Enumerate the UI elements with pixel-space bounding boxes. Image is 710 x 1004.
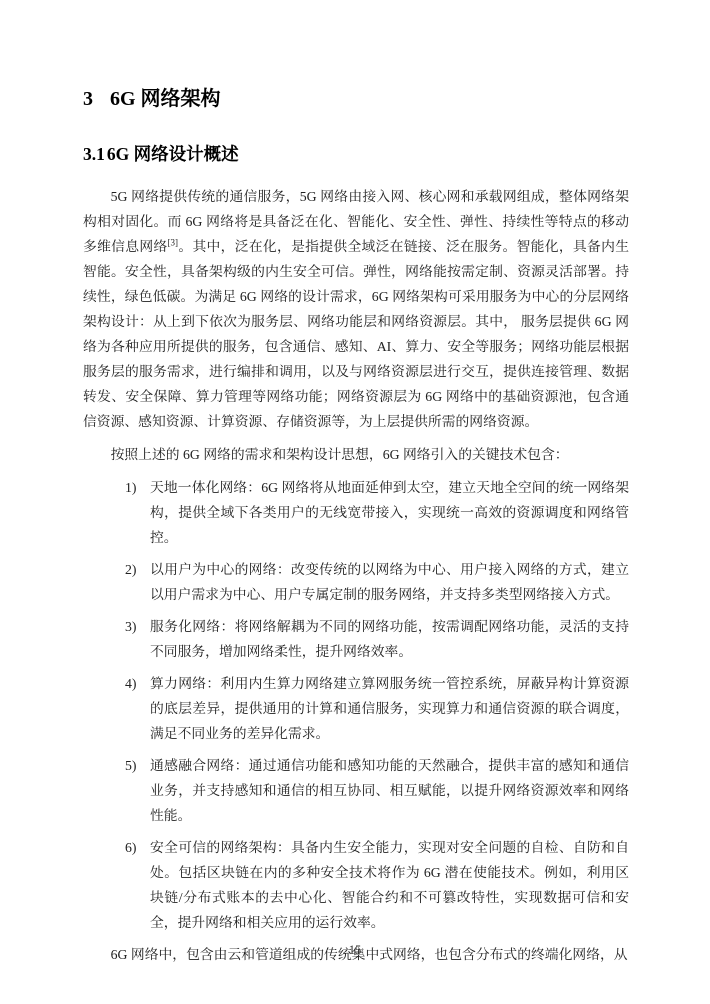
paragraph-list-intro: 按照上述的 6G 网络的需求和架构设计思想，6G 网络引入的关键技术包含： (83, 442, 629, 467)
paragraph-text: 。其中，泛在化，是指提供全域泛在链接、泛在服务。智能化，具备内生智能。安全性，具… (83, 239, 629, 429)
document-page: 36G 网络架构 3.16G 网络设计概述 5G 网络提供传统的通信服务，5G … (0, 0, 710, 1004)
list-item-number: 1) (125, 475, 137, 500)
list-item-number: 4) (125, 671, 137, 696)
key-technology-list: 1) 天地一体化网络：6G 网络将从地面延伸到太空，建立天地全空间的统一网络架构… (83, 475, 629, 935)
page-number: 15 (0, 943, 710, 958)
list-item-text: 通感融合网络：通过通信功能和感知功能的天然融合，提供丰富的感知和通信业务，并支持… (150, 758, 629, 823)
section-number: 3 (83, 88, 93, 110)
list-item: 2) 以用户为中心的网络：改变传统的以网络为中心、用户接入网络的方式，建立以用户… (83, 557, 629, 607)
list-item: 4) 算力网络：利用内生算力网络建立算网服务统一管控系统，屏蔽异构计算资源的底层… (83, 671, 629, 746)
list-item-text: 天地一体化网络：6G 网络将从地面延伸到太空，建立天地全空间的统一网络架构，提供… (150, 480, 629, 545)
subsection-heading: 3.16G 网络设计概述 (83, 142, 629, 166)
subsection-number: 3.1 (83, 144, 105, 164)
list-item: 1) 天地一体化网络：6G 网络将从地面延伸到太空，建立天地全空间的统一网络架构… (83, 475, 629, 550)
list-item-number: 6) (125, 835, 137, 860)
body-text: 5G 网络提供传统的通信服务，5G 网络由接入网、核心网和承载网组成，整体网络架… (83, 184, 629, 967)
list-item-text: 算力网络：利用内生算力网络建立算网服务统一管控系统，屏蔽异构计算资源的底层差异，… (150, 676, 629, 741)
section-heading: 36G 网络架构 (83, 86, 629, 112)
list-item: 3) 服务化网络：将网络解耦为不同的网络功能，按需调配网络功能，灵活的支持不同服… (83, 614, 629, 664)
list-item-number: 3) (125, 614, 137, 639)
list-item-text: 以用户为中心的网络：改变传统的以网络为中心、用户接入网络的方式，建立以用户需求为… (150, 562, 629, 602)
subsection-title: 6G 网络设计概述 (107, 144, 239, 164)
footnote-reference: [3] (168, 237, 179, 247)
section-title: 6G 网络架构 (110, 88, 221, 110)
paragraph-overview: 5G 网络提供传统的通信服务，5G 网络由接入网、核心网和承载网组成，整体网络架… (83, 184, 629, 434)
list-item: 5) 通感融合网络：通过通信功能和感知功能的天然融合，提供丰富的感知和通信业务，… (83, 753, 629, 828)
list-item-text: 安全可信的网络架构：具备内生安全能力，实现对安全问题的自检、自防和自处。包括区块… (150, 840, 629, 930)
list-item-text: 服务化网络：将网络解耦为不同的网络功能，按需调配网络功能，灵活的支持不同服务，增… (150, 619, 629, 659)
list-item-number: 2) (125, 557, 137, 582)
list-item: 6) 安全可信的网络架构：具备内生安全能力，实现对安全问题的自检、自防和自处。包… (83, 835, 629, 935)
list-item-number: 5) (125, 753, 137, 778)
page-content: 36G 网络架构 3.16G 网络设计概述 5G 网络提供传统的通信服务，5G … (83, 86, 629, 967)
